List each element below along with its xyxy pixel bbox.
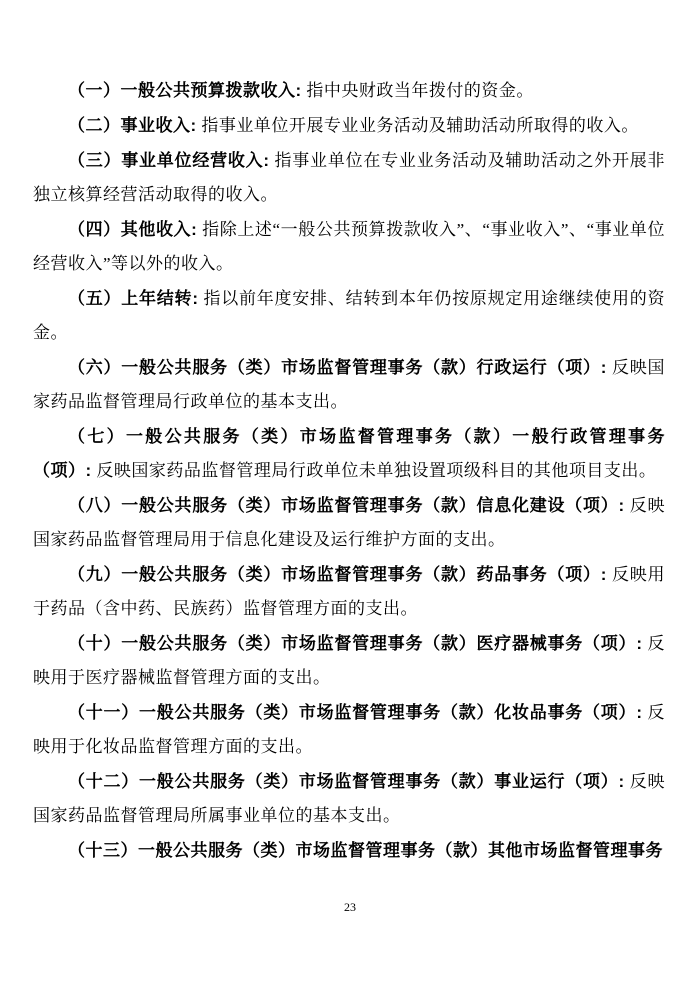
definition-paragraph: （一）一般公共预算拨款收入: 指中央财政当年拨付的资金。 [33, 74, 665, 108]
definition-paragraph: （十）一般公共服务（类）市场监督管理事务（款）医疗器械事务（项）: 反映用于医疗… [33, 627, 665, 695]
document-page: （一）一般公共预算拨款收入: 指中央财政当年拨付的资金。 （二）事业收入: 指事… [0, 0, 700, 990]
page-number: 23 [0, 900, 700, 915]
term-label: （一）一般公共预算拨款收入: [68, 81, 302, 100]
term-label: （六）一般公共服务（类）市场监督管理事务（款）行政运行（项）: [68, 358, 607, 377]
term-label: （十二）一般公共服务（类）市场监督管理事务（款）事业运行（项）: [68, 772, 625, 791]
definition-paragraph: （八）一般公共服务（类）市场监督管理事务（款）信息化建设（项）: 反映国家药品监… [33, 489, 665, 557]
term-description: 反映国家药品监督管理局行政单位未单独设置项级科目的其他项目支出。 [92, 461, 657, 480]
definition-paragraph: （六）一般公共服务（类）市场监督管理事务（款）行政运行（项）: 反映国家药品监督… [33, 351, 665, 419]
definition-paragraph: （九）一般公共服务（类）市场监督管理事务（款）药品事务（项）: 反映用于药品（含… [33, 558, 665, 626]
definition-paragraph: （十一）一般公共服务（类）市场监督管理事务（款）化妆品事务（项）: 反映用于化妆… [33, 696, 665, 764]
term-label: （四）其他收入: [68, 220, 197, 239]
term-description: 指事业单位开展专业业务活动及辅助活动所取得的收入。 [197, 116, 639, 135]
definition-paragraph: （五）上年结转: 指以前年度安排、结转到本年仍按原规定用途继续使用的资金。 [33, 282, 665, 350]
term-description: 指中央财政当年拨付的资金。 [302, 81, 534, 100]
term-label: （五）上年结转: [68, 289, 198, 308]
term-label: （九）一般公共服务（类）市场监督管理事务（款）药品事务（项）: [68, 565, 607, 584]
definition-paragraph: （七）一般公共服务（类）市场监督管理事务（款）一般行政管理事务（项）: 反映国家… [33, 420, 665, 488]
term-label: （十三）一般公共服务（类）市场监督管理事务（款）其他市场监督管理事务 [68, 841, 663, 860]
term-label: （二）事业收入: [68, 116, 197, 135]
definition-paragraph: （四）其他收入: 指除上述“一般公共预算拨款收入”、“事业收入”、“事业单位经营… [33, 213, 665, 281]
definition-paragraph: （二）事业收入: 指事业单位开展专业业务活动及辅助活动所取得的收入。 [33, 109, 665, 143]
term-label: （三）事业单位经营收入: [68, 151, 270, 170]
document-body: （一）一般公共预算拨款收入: 指中央财政当年拨付的资金。 （二）事业收入: 指事… [33, 74, 665, 869]
definition-paragraph: （十三）一般公共服务（类）市场监督管理事务（款）其他市场监督管理事务 [33, 834, 665, 868]
term-label: （十一）一般公共服务（类）市场监督管理事务（款）化妆品事务（项）: [68, 703, 642, 722]
definition-paragraph: （三）事业单位经营收入: 指事业单位在专业业务活动及辅助活动之外开展非独立核算经… [33, 144, 665, 212]
term-label: （八）一般公共服务（类）市场监督管理事务（款）信息化建设（项）: [68, 496, 625, 515]
term-label: （十）一般公共服务（类）市场监督管理事务（款）医疗器械事务（项）: [68, 634, 642, 653]
definition-paragraph: （十二）一般公共服务（类）市场监督管理事务（款）事业运行（项）: 反映国家药品监… [33, 765, 665, 833]
